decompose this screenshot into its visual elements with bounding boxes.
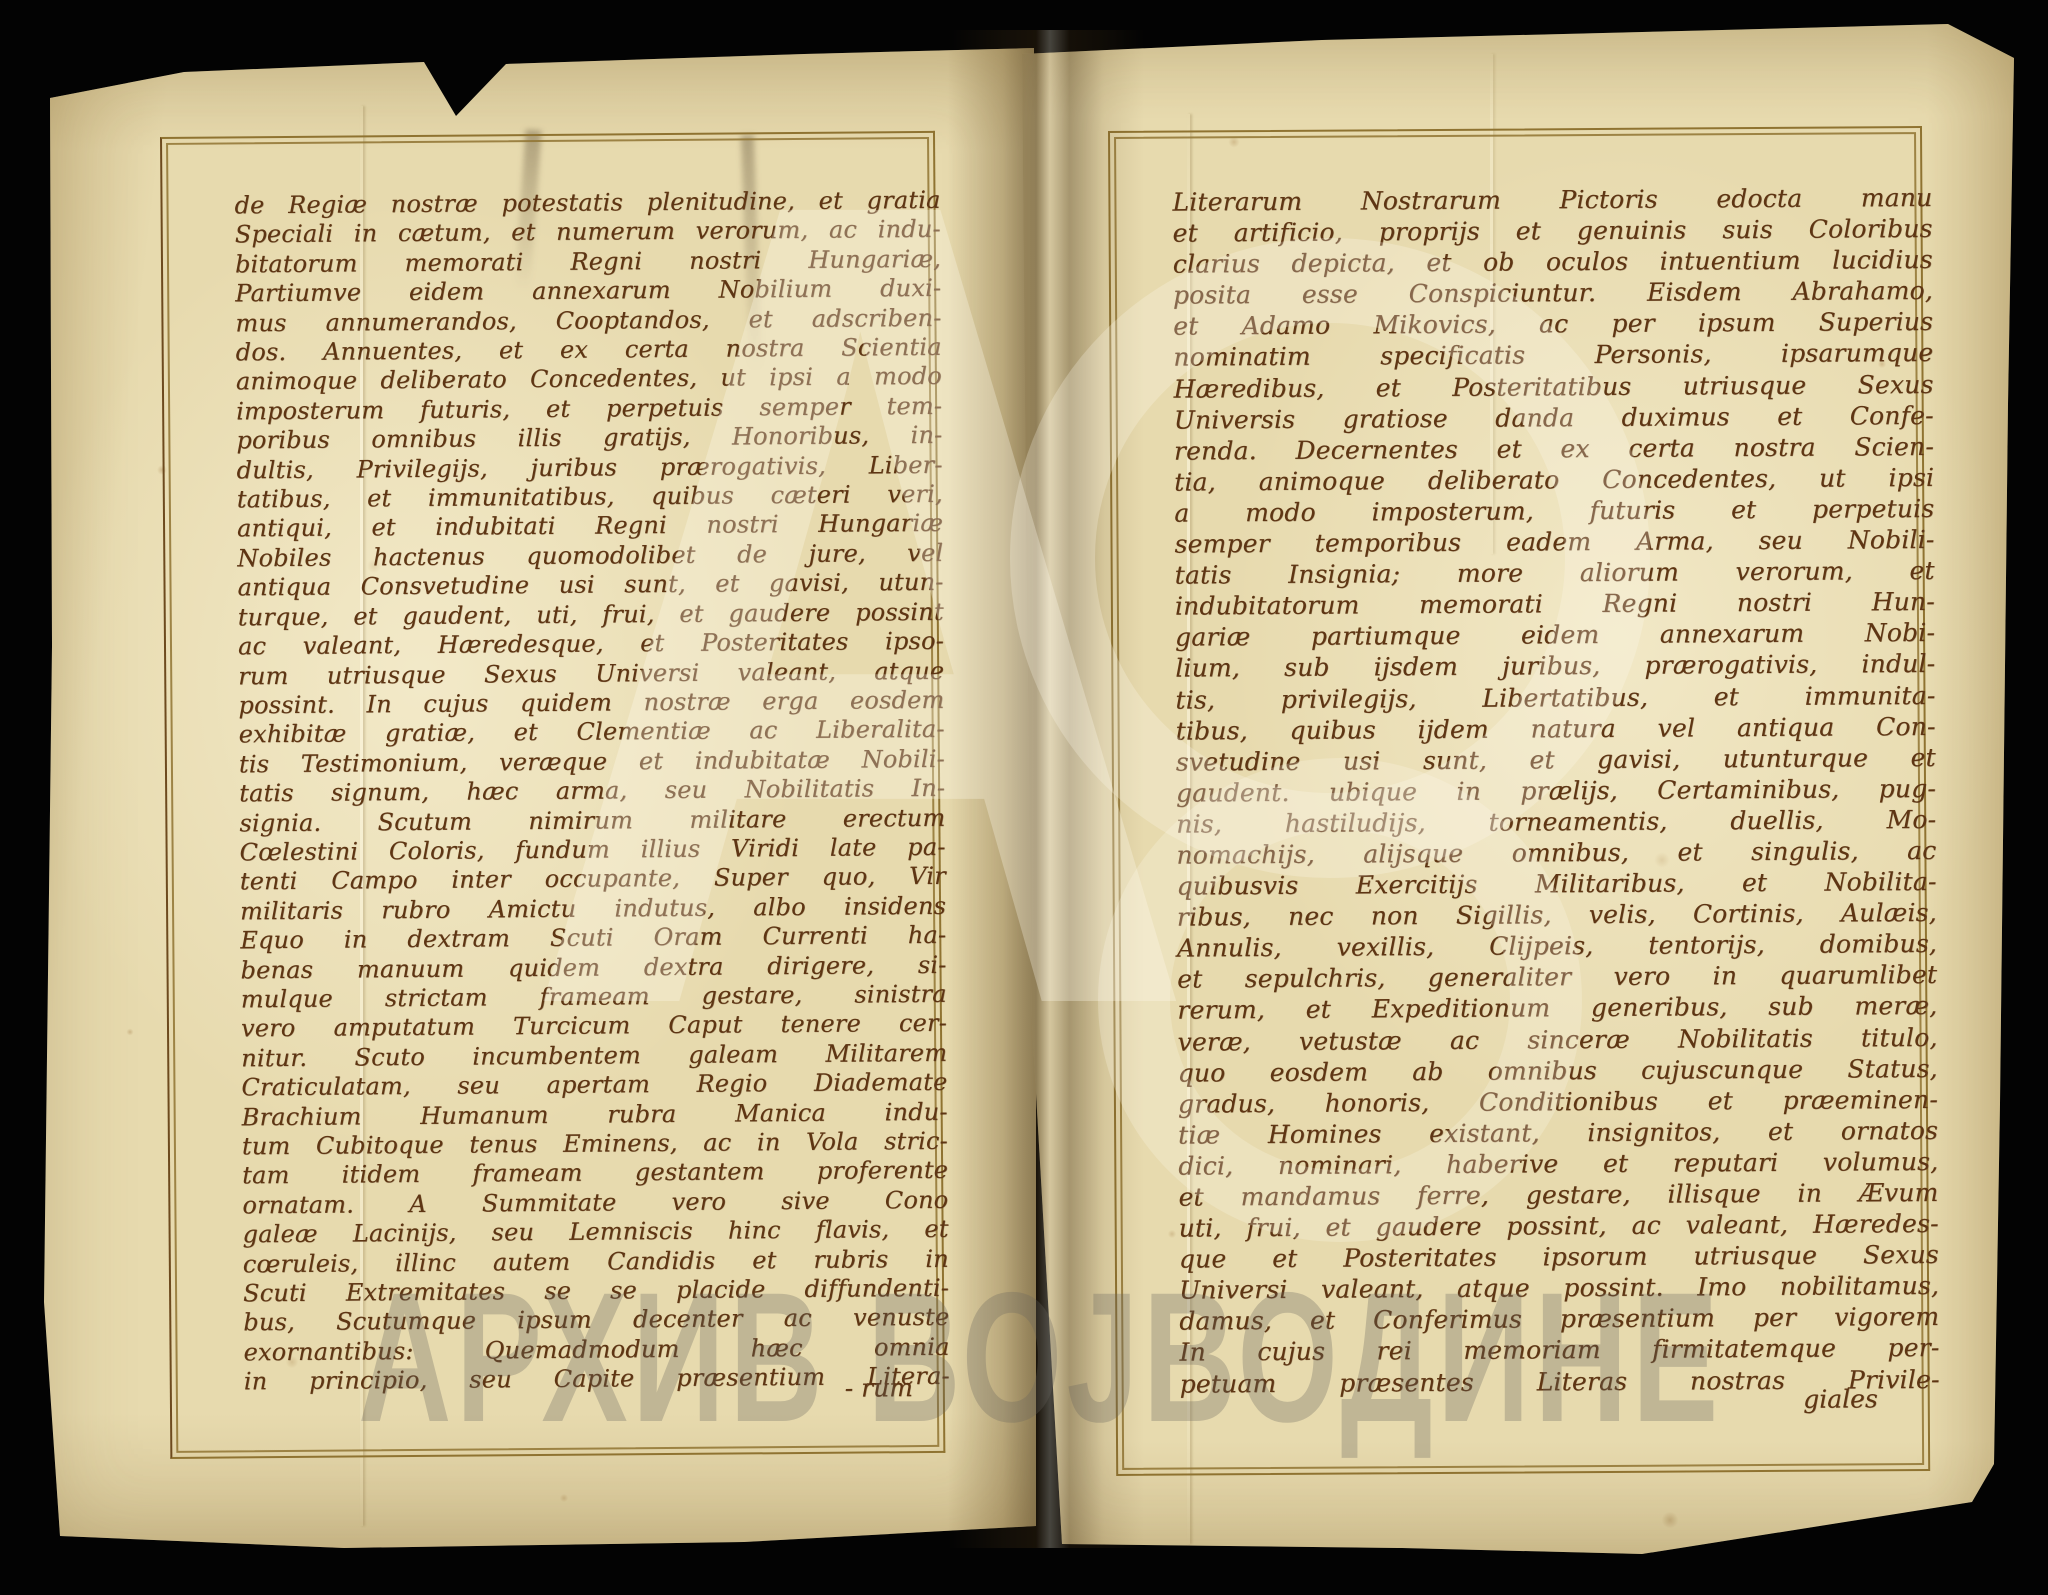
manuscript-line: uti, frui, et gaudere possint, ac valean… xyxy=(1179,1208,1939,1244)
manuscript-line: clarius depicta, et ob oculos intuentium… xyxy=(1173,244,1933,280)
manuscript-line: renda. Decernentes et ex certa nostra Sc… xyxy=(1174,431,1934,467)
right-page: Literarum Nostrarum Pictoris edocta manu… xyxy=(1022,24,2016,1564)
manuscript-line: gaudent. ubique in prælijs, Certaminibus… xyxy=(1176,773,1936,809)
manuscript-line: Universi valeant, atque possint. Imo nob… xyxy=(1179,1270,1939,1306)
manuscript-line: Universis gratiose danda duximus et Conf… xyxy=(1174,400,1934,436)
manuscript-line: et artificio, proprijs et genuinis suis … xyxy=(1173,213,1933,249)
manuscript-line: semper temporibus eadem Arma, seu Nobili… xyxy=(1174,524,1934,560)
manuscript-line: Hæredibus, et Posteritatibus utriusque S… xyxy=(1173,369,1933,405)
manuscript-line: Literarum Nostrarum Pictoris edocta manu xyxy=(1172,182,1932,218)
manuscript-line: que et Posteritates ipsorum utriusque Se… xyxy=(1179,1239,1939,1275)
manuscript-line: tiæ Homines existant, insignitos, et orn… xyxy=(1178,1115,1938,1151)
manuscript-line: et mandamus ferre, gestare, illisque in … xyxy=(1178,1177,1938,1213)
manuscript-scan: de Regiæ nostræ potestatis plenitudine, … xyxy=(0,0,2048,1595)
manuscript-line: nis, hastiludijs, torneamentis, duellis,… xyxy=(1176,804,1936,840)
left-page-text-block: de Regiæ nostræ potestatis plenitudine, … xyxy=(234,186,949,1397)
left-page-frame: de Regiæ nostræ potestatis plenitudine, … xyxy=(160,131,945,1459)
manuscript-line: tatis Insignia; more aliorum verorum, et xyxy=(1175,555,1935,591)
manuscript-line: svetudine usi sunt, et gavisi, utunturqu… xyxy=(1176,742,1936,778)
manuscript-line: ac valeant, Hæredesque, et Posteritates … xyxy=(238,627,944,662)
manuscript-line: damus, et Conferimus præsentium per vigo… xyxy=(1179,1301,1939,1337)
right-page-catchword: giales xyxy=(1803,1384,1878,1413)
manuscript-line: et Adamo Mikovics, ac per ipsum Superius xyxy=(1173,306,1933,342)
manuscript-line: In cujus rei memoriam firmitatemque per- xyxy=(1179,1332,1939,1368)
manuscript-line: nominatim specificatis Personis, ipsarum… xyxy=(1173,337,1933,373)
right-page-frame: Literarum Nostrarum Pictoris edocta manu… xyxy=(1108,126,1930,1476)
manuscript-line: ribus, nec non Sigillis, velis, Cortinis… xyxy=(1177,897,1937,933)
manuscript-line: rerum, et Expeditionum generibus, sub me… xyxy=(1177,990,1937,1026)
manuscript-line: et sepulchris, generaliter vero in quaru… xyxy=(1177,959,1937,995)
manuscript-line: posita esse Conspiciuntur. Eisdem Abraha… xyxy=(1173,275,1933,311)
left-page-catchword: - rum xyxy=(845,1373,913,1403)
manuscript-line: tibus, quibus ijdem natura vel antiqua C… xyxy=(1176,711,1936,747)
manuscript-line: gradus, honoris, Conditionibus et præemi… xyxy=(1178,1084,1938,1120)
manuscript-line: a modo imposterum, futuris et perpetuis xyxy=(1174,493,1934,529)
manuscript-line: tia, animoque deliberato Concedentes, ut… xyxy=(1174,462,1934,498)
manuscript-line: lium, sub ijsdem juribus, prærogativis, … xyxy=(1175,648,1935,684)
manuscript-line: dici, nominari, haberive et reputari vol… xyxy=(1178,1146,1938,1182)
manuscript-line: veræ, vetustæ ac sinceræ Nobilitatis tit… xyxy=(1177,1021,1937,1057)
manuscript-line: Annulis, vexillis, Clijpeis, tentorijs, … xyxy=(1177,928,1937,964)
manuscript-line: nomachijs, alijsque omnibus, et singulis… xyxy=(1176,835,1936,871)
manuscript-line: tis, privilegijs, Libertatibus, et immun… xyxy=(1175,679,1935,715)
right-page-text-block: Literarum Nostrarum Pictoris edocta manu… xyxy=(1172,182,1939,1399)
manuscript-line: quibusvis Exercitijs Militaribus, et Nob… xyxy=(1177,866,1937,902)
left-page: de Regiæ nostræ potestatis plenitudine, … xyxy=(44,46,1036,1548)
manuscript-line: quo eosdem ab omnibus cujuscunque Status… xyxy=(1178,1053,1938,1089)
manuscript-line: gariæ partiumque eidem annexarum Nobi- xyxy=(1175,617,1935,653)
manuscript-line: indubitatorum memorati Regni nostri Hun- xyxy=(1175,586,1935,622)
